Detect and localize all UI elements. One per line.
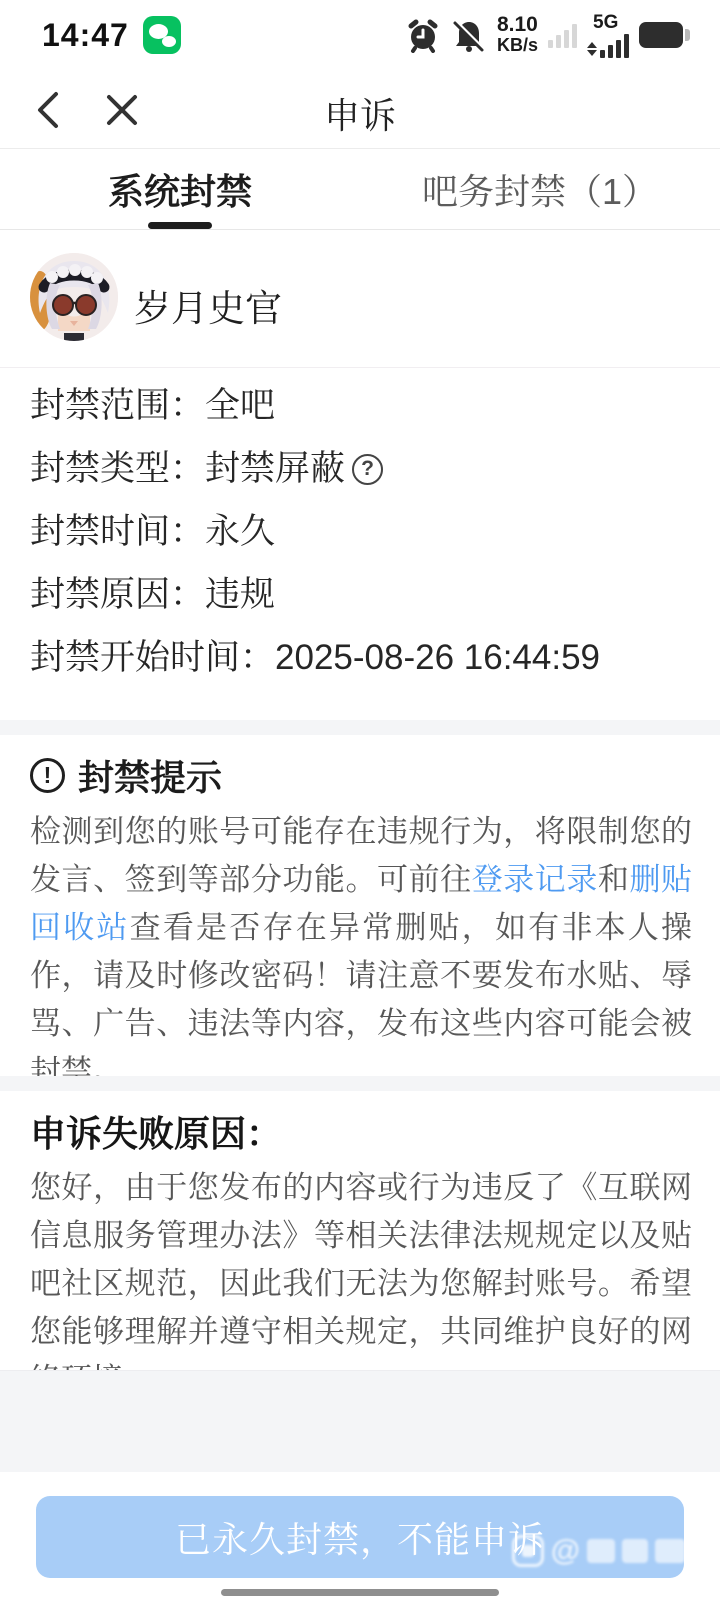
watermark-glyph-block	[587, 1539, 615, 1563]
sim2-signal-icon	[548, 22, 577, 48]
appeal-fail-text: 您好，由于您发布的内容或行为违反了《互联网信息服务管理办法》等相关法律法规规定以…	[30, 1164, 692, 1404]
notice-text-part3: 查看是否存在异常删贴，如有非本人操作，请及时修改密码！请注意不要发布水贴、辱骂、…	[30, 910, 692, 1089]
ban-scope-value: 全吧	[205, 386, 275, 426]
network-speed: 8.10 KB/s	[497, 15, 538, 55]
user-row: 岁月史官	[0, 230, 720, 368]
ban-type-row: 封禁类型：封禁屏蔽 ?	[30, 449, 690, 489]
ban-reason-value: 违规	[205, 575, 275, 615]
section-divider	[0, 720, 720, 735]
ban-duration-label: 封禁时间：	[30, 512, 205, 552]
tab-system-ban[interactable]: 系统封禁	[0, 149, 360, 229]
battery-icon	[639, 22, 690, 48]
ban-notice-text: 检测到您的账号可能存在违规行为，将限制您的发言、签到等部分功能。可前往登录记录和…	[30, 808, 692, 1096]
sim1-signal-icon: 5G	[587, 13, 629, 58]
alert-icon: !	[30, 758, 65, 793]
nav-bar: 申诉	[0, 70, 720, 148]
home-indicator[interactable]	[221, 1589, 499, 1596]
status-bar: 14:47	[0, 0, 720, 70]
data-arrows-icon	[587, 42, 597, 56]
alarm-icon	[405, 17, 441, 53]
section-divider	[0, 1370, 720, 1472]
tab-moderator-ban[interactable]: 吧务封禁（1）	[360, 149, 720, 229]
page-title: 申诉	[0, 88, 720, 139]
watermark-glyph-block	[622, 1539, 648, 1563]
watermark-glyph-block	[655, 1539, 685, 1563]
ban-scope-row: 封禁范围：全吧	[30, 386, 690, 426]
network-type-label: 5G	[593, 13, 618, 32]
ban-start-time-value: 2025-08-26 16:44:59	[275, 638, 600, 678]
ban-reason-row: 封禁原因：违规	[30, 575, 690, 615]
notice-text-part2: 和	[598, 862, 630, 897]
watermark-glyph-block	[692, 1539, 720, 1563]
watermark-logo-icon	[512, 1535, 544, 1567]
ban-detail-list: 封禁范围：全吧 封禁类型：封禁屏蔽 ? 封禁时间：永久 封禁原因：违规 封禁开始…	[30, 386, 690, 701]
ban-start-time-label: 封禁开始时间：	[30, 638, 275, 678]
help-icon[interactable]: ?	[352, 454, 383, 485]
username: 岁月史官	[134, 278, 282, 332]
ban-reason-label: 封禁原因：	[30, 575, 205, 615]
ban-duration-row: 封禁时间：永久	[30, 512, 690, 552]
ban-notice-title: 封禁提示	[78, 750, 222, 801]
section-divider	[0, 1076, 720, 1091]
clock-time: 14:47	[42, 17, 129, 54]
tab-bar: 系统封禁 吧务封禁（1）	[0, 148, 720, 230]
watermark-at-text: @	[551, 1534, 580, 1568]
avatar[interactable]	[30, 253, 118, 341]
ban-type-label: 封禁类型：	[30, 449, 205, 489]
ban-type-value: 封禁屏蔽	[205, 449, 345, 489]
mute-bell-icon	[451, 17, 487, 53]
login-history-link[interactable]: 登录记录	[472, 862, 598, 897]
appeal-fail-title: 申诉失败原因：	[30, 1106, 282, 1157]
watermark: @	[512, 1534, 720, 1568]
ban-scope-label: 封禁范围：	[30, 386, 205, 426]
ban-start-time-row: 封禁开始时间：2025-08-26 16:44:59	[30, 638, 690, 678]
ban-duration-value: 永久	[205, 512, 275, 552]
ban-notice-header: ! 封禁提示	[30, 750, 222, 801]
wechat-notification-icon	[143, 16, 181, 54]
appeal-screen: 14:47	[0, 0, 720, 1600]
